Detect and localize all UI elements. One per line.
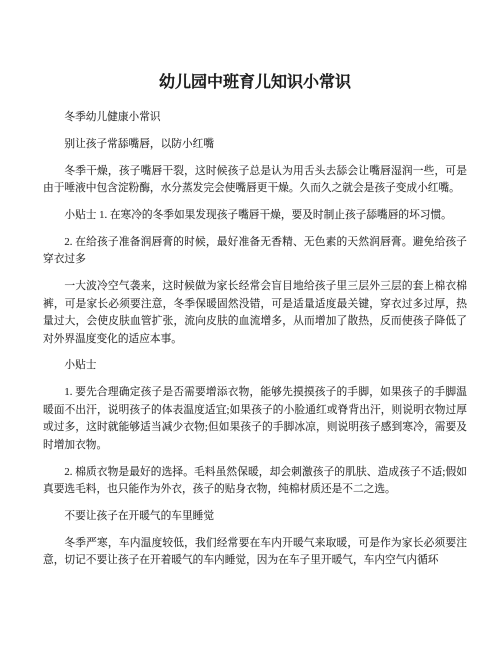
paragraph: 冬季干燥，孩子嘴唇干裂，这时候孩子总是认为用舌头去舔会让嘴唇湿润一些，可是由于唾…	[43, 163, 467, 198]
subheading: 不要让孩子在开暖气的车里睡觉	[43, 508, 467, 525]
paragraph: 1. 要先合理确定孩子是否需要增添衣物，能够先摸摸孩子的手脚，如果孩子的手脚温暖…	[43, 384, 467, 454]
paragraph: 2. 在给孩子准备润唇膏的时候，最好准备无香精、无色素的天然润唇膏。避免给孩子穿…	[43, 234, 467, 269]
paragraph: 冬季严寒，车内温度较低，我们经常要在车内开暖气来取暖，可是作为家长必须要注意，切…	[43, 535, 467, 570]
paragraph: 2. 棉质衣物是最好的选择。毛料虽然保暖，却会刺激孩子的肌肤、造成孩子不适;假如…	[43, 464, 467, 499]
document-page: 幼儿园中班育儿知识小常识 冬季幼儿健康小常识别让孩子常舔嘴唇，以防小红嘴冬季干燥…	[0, 0, 500, 647]
document-title: 幼儿园中班育儿知识小常识	[43, 71, 467, 95]
paragraph: 一大波冷空气袭来，这时候做为家长经常会盲目地给孩子里三层外三层的套上棉衣棉裤，可…	[43, 278, 467, 348]
paragraph: 小贴士 1. 在寒冷的冬季如果发现孩子嘴唇干燥，要及时制止孩子舔嘴唇的坏习惯。	[43, 207, 467, 224]
document-body: 冬季幼儿健康小常识别让孩子常舔嘴唇，以防小红嘴冬季干燥，孩子嘴唇干裂，这时候孩子…	[43, 109, 467, 570]
subheading: 冬季幼儿健康小常识	[43, 109, 467, 126]
subheading: 小贴士	[43, 357, 467, 374]
subheading: 别让孩子常舔嘴唇，以防小红嘴	[43, 136, 467, 153]
